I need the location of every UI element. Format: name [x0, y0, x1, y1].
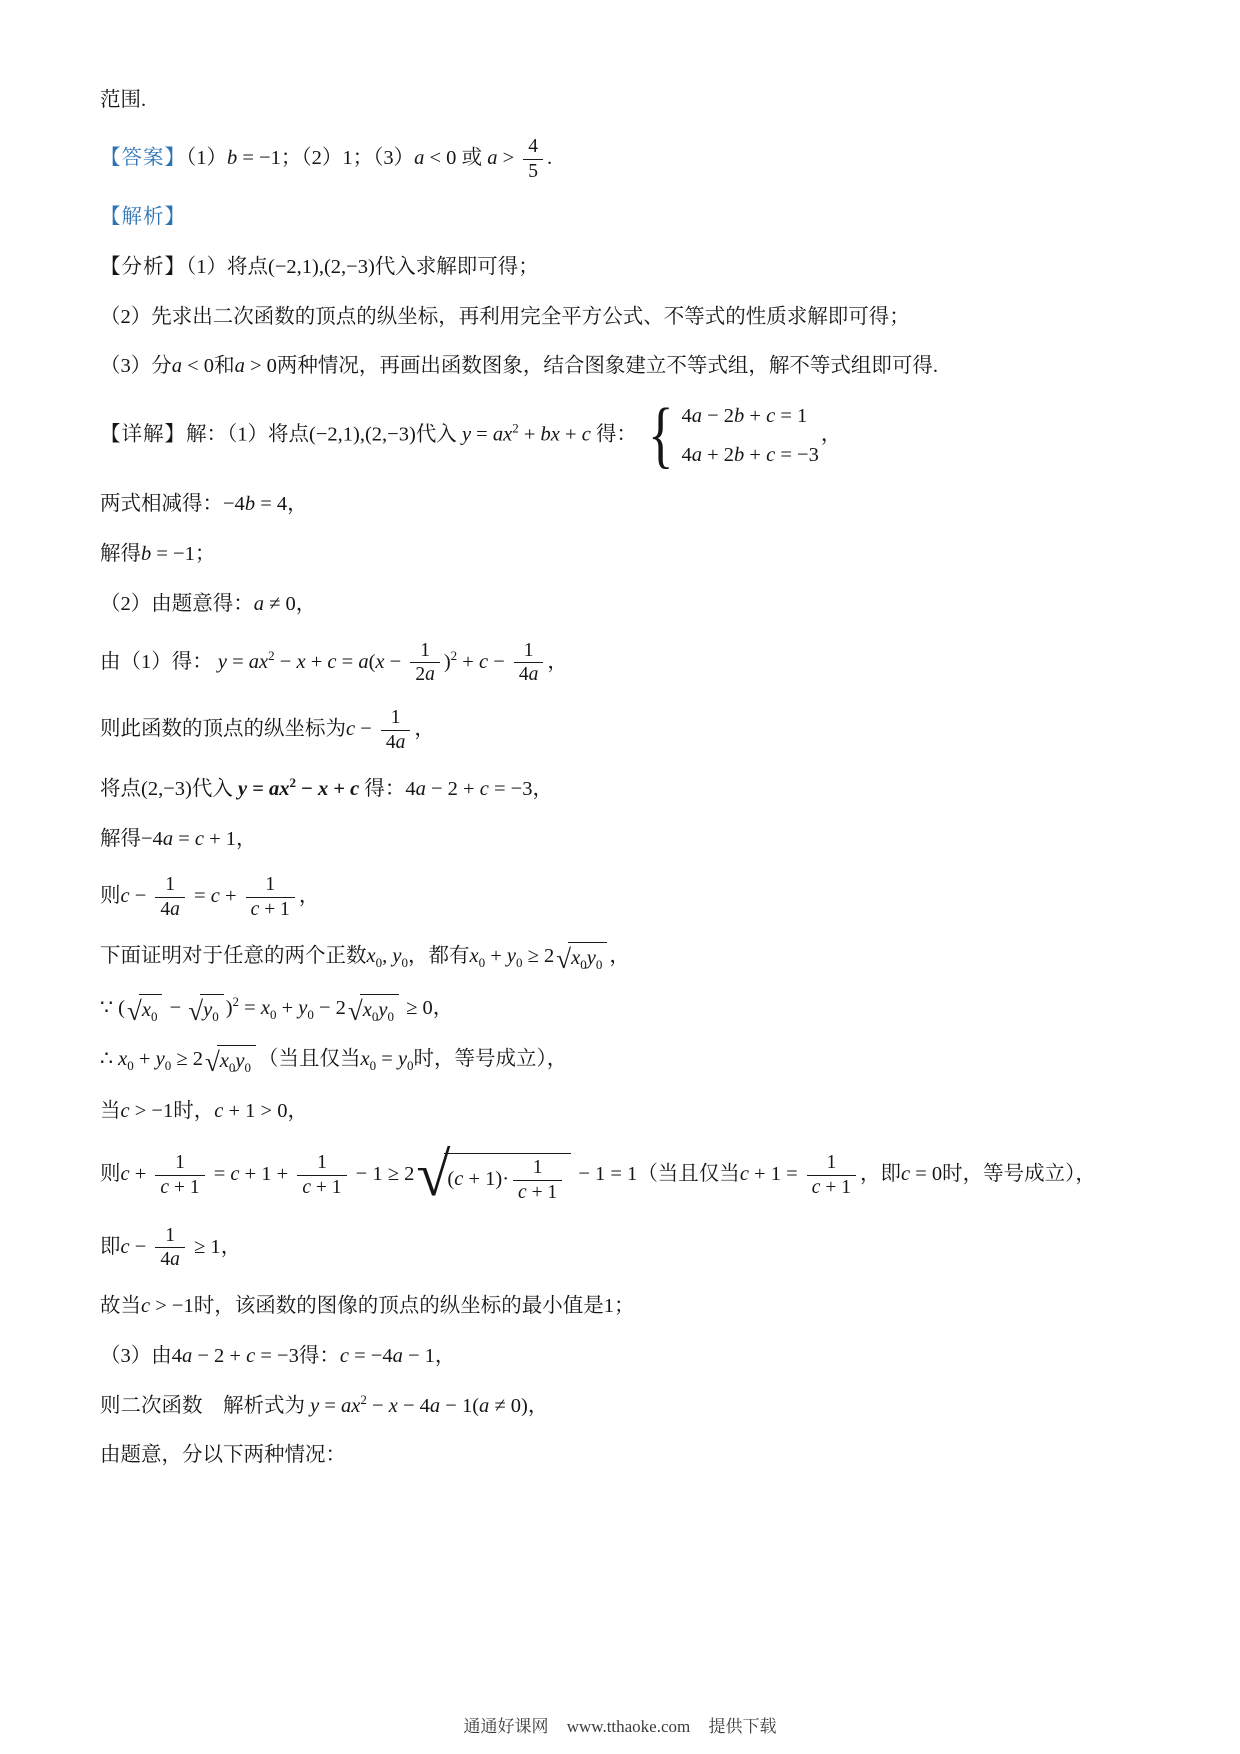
math-run: − — [164, 997, 186, 1019]
text-run: 解得 — [100, 828, 141, 850]
text-run: 则 — [100, 1163, 121, 1185]
section-label: 【解析】 — [100, 206, 186, 228]
radicand: x0y0 — [217, 1045, 256, 1076]
fraction-numerator: 4 — [523, 136, 543, 159]
section-label: 【分析】 — [100, 256, 186, 278]
text-run: ， — [414, 718, 435, 740]
text-run: ， — [528, 1395, 549, 1417]
text-run: 时，等号成立）， — [942, 1163, 1096, 1185]
document-line: 则c − 14a = c + 1c + 1， — [100, 874, 1150, 921]
fraction-numerator: 1 — [822, 1152, 842, 1175]
text-run: ，都有 — [408, 945, 470, 967]
document-line: 故当c > −1时，该函数的图像的顶点的纵坐标的最小值是1； — [100, 1292, 1150, 1321]
subscript: 0 — [245, 1060, 252, 1075]
radicand: x0y0 — [360, 994, 399, 1025]
math-run: − 2 — [314, 997, 346, 1019]
text-run: 即 — [100, 1236, 121, 1258]
fraction-numerator: 1 — [170, 1152, 190, 1175]
text-run: 范围. — [100, 89, 146, 111]
fraction-denominator: c + 1 — [246, 897, 295, 921]
radicand: x0y0 — [568, 942, 607, 973]
footer-url: www.tthaoke.com — [567, 1717, 691, 1736]
math-run: −4a = c + 1 — [141, 828, 236, 850]
text-run: ， — [547, 651, 568, 673]
radicand: y0 — [200, 994, 224, 1025]
document-line: 范围. — [100, 86, 1150, 115]
math-run: ) — [444, 651, 451, 673]
math-run: ≥ 0 — [401, 997, 433, 1019]
text-run: ， — [296, 593, 317, 615]
math-run: c + 1 = — [740, 1163, 803, 1185]
math-run: x — [571, 947, 580, 969]
text-run: 时， — [173, 1100, 214, 1122]
math-run: − x + c — [296, 778, 364, 800]
math-run: c + — [121, 1163, 152, 1185]
math-run: ≥ 2 — [523, 945, 555, 967]
fraction-denominator: c + 1 — [155, 1175, 204, 1199]
math-run: x — [469, 945, 478, 967]
math-run: (−2,1),(2,−3) — [309, 423, 416, 445]
text-run: 得： — [596, 423, 637, 445]
text-run: . — [547, 147, 552, 169]
text-run: ， — [299, 885, 320, 907]
math-run: c > −1 — [141, 1295, 194, 1317]
math-run: a > 0 — [235, 355, 277, 377]
math-run: y — [203, 999, 212, 1021]
text-run: 或 — [462, 147, 483, 169]
math-run: , y — [382, 945, 401, 967]
text-run: 由（1）得： — [100, 651, 213, 673]
document-line: 解得b = −1； — [100, 540, 1150, 569]
math-run: ∵ ( — [100, 997, 125, 1019]
math-run: = x — [239, 997, 270, 1019]
math-run: x — [361, 1048, 370, 1070]
math-run: a ≠ 0 — [254, 593, 296, 615]
math-run: c = 0 — [901, 1163, 942, 1185]
math-run: a < 0 — [172, 355, 214, 377]
text-run: 代入求解即可得； — [375, 256, 539, 278]
fraction: 45 — [523, 136, 543, 183]
document-line: 即c − 14a ≥ 1， — [100, 1225, 1150, 1272]
text-run: ， — [236, 828, 257, 850]
math-run: ≥ 1 — [189, 1236, 221, 1258]
text-run: 得： — [299, 1345, 340, 1367]
math-run: c − — [121, 1236, 152, 1258]
document-line: （2）由题意得：a ≠ 0， — [100, 590, 1150, 619]
fraction: 14a — [155, 1225, 185, 1272]
document-line: 【解析】 — [100, 203, 1150, 232]
sqrt-radical: √(c + 1)·1c + 1 — [416, 1147, 571, 1204]
fraction: 1c + 1 — [246, 874, 295, 921]
document-line: 则二次函数 解析式为 y = ax2 − x − 4a − 1(a ≠ 0)， — [100, 1392, 1150, 1421]
document-line: 由题意，分以下两种情况： — [100, 1441, 1150, 1470]
text-run: 则 — [100, 885, 121, 907]
sqrt-radical: √x0 — [127, 994, 162, 1025]
fraction-denominator: 5 — [523, 159, 543, 183]
document-line: 解得−4a = c + 1， — [100, 825, 1150, 854]
text-run: 得： — [364, 778, 405, 800]
math-run: x — [142, 999, 151, 1021]
document-line: 【分析】（1）将点(−2,1),(2,−3)代入求解即可得； — [100, 253, 1150, 282]
fraction: 1c + 1 — [807, 1152, 856, 1199]
fraction: 14a — [381, 707, 411, 754]
equation-system: {4a − 2b + c = 14a + 2b + c = −3 — [643, 402, 819, 469]
math-run: y — [235, 1050, 244, 1072]
text-run: ， — [609, 945, 630, 967]
text-run: 则此函数的顶点的纵坐标为 — [100, 718, 346, 740]
fraction-denominator: c + 1 — [513, 1180, 562, 1204]
text-run: ， — [435, 1345, 456, 1367]
document-line: （2）先求出二次函数的顶点的纵坐标，再利用完全平方公式、不等式的性质求解即可得； — [100, 303, 1150, 332]
fraction-numerator: 1 — [415, 640, 435, 663]
text-run: 故当 — [100, 1295, 141, 1317]
text-run: ，即 — [860, 1163, 901, 1185]
document-line: 【详解】解：（1）将点(−2,1),(2,−3)代入 y = ax2 + bx … — [100, 402, 1150, 469]
text-run: ， — [433, 997, 454, 1019]
math-run: (2,−3) — [141, 778, 192, 800]
math-run: x — [363, 999, 372, 1021]
math-run: y = ax — [233, 778, 290, 800]
document-line: ∴ x0 + y0 ≥ 2√x0y0（当且仅当x0 = y0时，等号成立）， — [100, 1045, 1150, 1076]
fraction: 12a — [410, 640, 440, 687]
document-line: 当c > −1时，c + 1 > 0， — [100, 1097, 1150, 1126]
footer-note: 提供下载 — [709, 1717, 777, 1736]
text-run: 当 — [100, 1100, 121, 1122]
fraction-denominator: 2a — [410, 662, 440, 686]
math-run: c + 1 > 0 — [214, 1100, 287, 1122]
text-run: 解得 — [100, 543, 141, 565]
document-line: 下面证明对于任意的两个正数x0, y0，都有x0 + y0 ≥ 2√x0y0， — [100, 942, 1150, 973]
math-run: − x − 4a − 1(a ≠ 0) — [367, 1395, 528, 1417]
math-run: y = ax — [305, 1395, 360, 1417]
math-run: + y — [134, 1048, 165, 1070]
system-equation: 4a + 2b + c = −3 — [681, 441, 818, 470]
text-run: ； — [614, 1295, 635, 1317]
subscript: 0 — [387, 1009, 394, 1024]
text-run: （2）由题意得： — [100, 593, 254, 615]
fraction: 14a — [514, 640, 544, 687]
text-run: 下面证明对于任意的两个正数 — [100, 945, 367, 967]
text-run: 则二次函数 解析式为 — [100, 1395, 305, 1417]
math-run: = c + 1 + — [209, 1163, 294, 1185]
math-run: = y — [376, 1048, 407, 1070]
math-run: y — [587, 947, 596, 969]
math-run: (c + 1)· — [447, 1168, 509, 1190]
fraction-denominator: 4a — [381, 730, 411, 754]
footer-site-name: 通通好课网 — [463, 1717, 548, 1736]
math-run: c > −1 — [121, 1100, 174, 1122]
math-run: c − — [346, 718, 377, 740]
text-run: ， — [287, 493, 308, 515]
math-run: 4a − 2 + c = −3 — [172, 1345, 299, 1367]
subscript: 0 — [212, 1009, 219, 1024]
math-run: − x + c = a(x − — [275, 651, 407, 673]
text-run: （当且仅当 — [637, 1163, 740, 1185]
radicand: (c + 1)·1c + 1 — [444, 1153, 571, 1204]
text-run: （3）由 — [100, 1345, 172, 1367]
left-brace: { — [648, 404, 674, 467]
document-line: 则此函数的顶点的纵坐标为c − 14a， — [100, 707, 1150, 754]
math-run: − 1 = 1 — [573, 1163, 637, 1185]
math-run: + y — [485, 945, 516, 967]
text-run: 和 — [214, 355, 235, 377]
text-run: （2）先求出二次函数的顶点的纵坐标，再利用完全平方公式、不等式的性质求解即可得； — [100, 306, 910, 328]
section-label: 【答案】 — [100, 147, 186, 169]
fraction: 1c + 1 — [155, 1152, 204, 1199]
text-run: 由题意，分以下两种情况： — [100, 1444, 346, 1466]
text-run: ， — [221, 1236, 242, 1258]
text-run: 将点 — [100, 778, 141, 800]
text-run: 时，等号成立）， — [414, 1048, 568, 1070]
math-run: x — [220, 1050, 229, 1072]
math-run: y = ax — [457, 423, 512, 445]
fraction-denominator: 4a — [514, 662, 544, 686]
fraction-numerator: 1 — [519, 640, 539, 663]
system-equation: 4a − 2b + c = 1 — [681, 402, 818, 431]
math-run: 1 — [604, 1295, 614, 1317]
text-run: 两种情况，再画出函数图象，结合图象建立不等式组，解不等式组即可得. — [277, 355, 938, 377]
math-run: + bx + c — [519, 423, 596, 445]
math-run: b = −1 — [141, 543, 195, 565]
fraction: 14a — [155, 874, 185, 921]
math-run: = c + — [189, 885, 242, 907]
fraction-numerator: 1 — [160, 1225, 180, 1248]
fraction: 1c + 1 — [513, 1157, 562, 1204]
page-footer: 通通好课网 www.tthaoke.com 提供下载 — [0, 1712, 1240, 1737]
document-line: ∵ (√x0 − √y0)2 = x0 + y0 − 2√x0y0 ≥ 0， — [100, 994, 1150, 1025]
sqrt-radical: √x0y0 — [348, 994, 399, 1025]
text-run: （3）分 — [100, 355, 172, 377]
text-run: ， — [821, 423, 842, 445]
math-run: c = −4a − 1 — [340, 1345, 435, 1367]
fraction-numerator: 1 — [160, 874, 180, 897]
math-run: ) — [226, 997, 233, 1019]
math-run: 4a − 2 + c = −3 — [405, 778, 532, 800]
system-rows: 4a − 2b + c = 14a + 2b + c = −3 — [681, 402, 818, 469]
fraction-denominator: 4a — [155, 897, 185, 921]
fraction-numerator: 1 — [312, 1152, 332, 1175]
text-run: 代入 — [416, 423, 457, 445]
text-run: （当且仅当 — [258, 1048, 361, 1070]
sqrt-radical: √y0 — [188, 994, 223, 1025]
subscript: 0 — [151, 1009, 158, 1024]
document-line: 则c + 1c + 1 = c + 1 + 1c + 1 − 1 ≥ 2√(c … — [100, 1147, 1150, 1204]
document-line: 【答案】（1）b = −1；（2）1；（3）a < 0 或 a > 45. — [100, 136, 1150, 183]
fraction-denominator: c + 1 — [297, 1175, 346, 1199]
fraction-numerator: 1 — [528, 1157, 548, 1180]
sqrt-radical: √x0y0 — [556, 942, 607, 973]
document-line: （3）分a < 0和a > 0两种情况，再画出函数图象，结合图象建立不等式组，解… — [100, 352, 1150, 381]
math-run: y = ax — [213, 651, 268, 673]
text-run: 代入 — [192, 778, 233, 800]
text-run: （1）将点 — [186, 256, 268, 278]
math-run: + c − — [457, 651, 510, 673]
text-run: ； — [195, 543, 216, 565]
document-line: 由（1）得： y = ax2 − x + c = a(x − 12a)2 + c… — [100, 640, 1150, 687]
fraction-numerator: 1 — [386, 707, 406, 730]
math-run: − 1 ≥ 2 — [351, 1163, 415, 1185]
math-run: c − — [121, 885, 152, 907]
text-run: 解：（1）将点 — [186, 423, 309, 445]
fraction: 1c + 1 — [297, 1152, 346, 1199]
text-run: ；（2）1；（3） — [281, 147, 414, 169]
text-run: ， — [532, 778, 553, 800]
text-run: 时，该函数的图像的顶点的纵坐标的最小值是 — [194, 1295, 604, 1317]
fraction-denominator: c + 1 — [807, 1175, 856, 1199]
math-run: ≥ 2 — [171, 1048, 203, 1070]
document-line: （3）由4a − 2 + c = −3得：c = −4a − 1， — [100, 1342, 1150, 1371]
math-run: x — [367, 945, 376, 967]
document-line: 两式相减得：−4b = 4， — [100, 490, 1150, 519]
document-line: 将点(2,−3)代入 y = ax2 − x + c 得：4a − 2 + c … — [100, 775, 1150, 804]
sqrt-radical: √x0y0 — [205, 1045, 256, 1076]
fraction-denominator: 4a — [155, 1247, 185, 1271]
document-page: 范围.【答案】（1）b = −1；（2）1；（3）a < 0 或 a > 45.… — [0, 0, 1240, 1754]
math-run: −4b = 4 — [223, 493, 287, 515]
fraction-numerator: 1 — [260, 874, 280, 897]
radicand: x0 — [139, 994, 163, 1025]
section-label: 【详解】 — [100, 423, 186, 445]
math-run: a < 0 — [414, 147, 461, 169]
text-run: ， — [287, 1100, 308, 1122]
math-run: ∴ x — [100, 1048, 127, 1070]
text-run: （1） — [186, 147, 227, 169]
math-run: (−2,1),(2,−3) — [268, 256, 375, 278]
math-run: + y — [276, 997, 307, 1019]
math-run: a > — [482, 147, 519, 169]
math-run: b = −1 — [227, 147, 281, 169]
subscript: 0 — [596, 957, 603, 972]
document-content: 范围.【答案】（1）b = −1；（2）1；（3）a < 0 或 a > 45.… — [100, 86, 1150, 1491]
text-run: 两式相减得： — [100, 493, 223, 515]
